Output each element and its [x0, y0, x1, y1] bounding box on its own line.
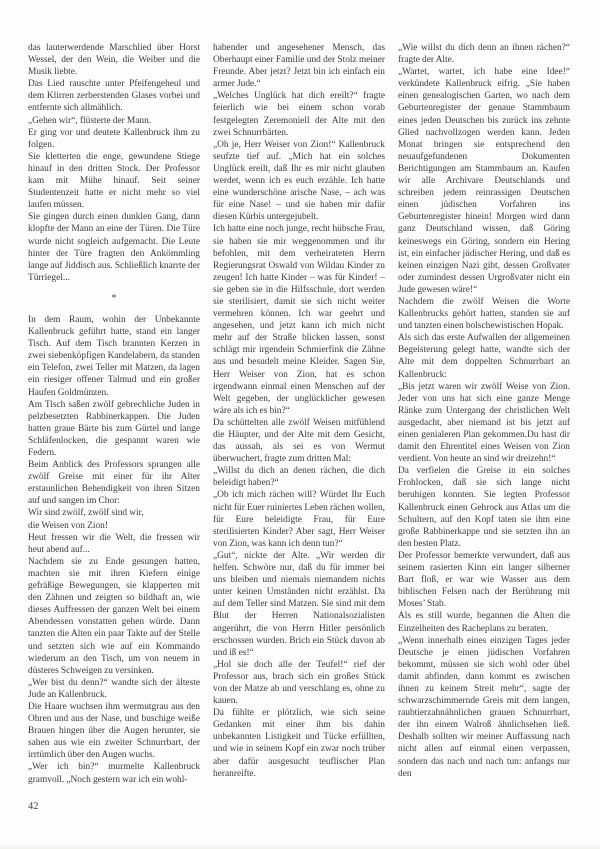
paragraph: „Gut“, nickte der Alte. „Wir werden dir … — [213, 550, 385, 659]
text-column-3: „Wie willst du dich denn an ihnen rächen… — [398, 42, 570, 807]
verse-line: Heut fressen wir die Welt, die fressen w… — [28, 532, 200, 556]
paragraph: „Bis jetzt waren wir zwölf Weise von Zio… — [398, 381, 570, 466]
paragraph: Als sich das erste Aufwallen der allgeme… — [398, 332, 570, 380]
paragraph: Sie gingen durch einen dunklen Gang, dan… — [28, 211, 200, 284]
paragraph: Sie kletterten die enge, gewundene Stieg… — [28, 151, 200, 211]
paragraph: „Hol sie doch alle der Teufel!“ rief der… — [213, 659, 385, 707]
paragraph: das lauterwerdende Marschlied über Horst… — [28, 42, 200, 78]
paragraph: Nachdem sie zu Ende gesungen hatten, mac… — [28, 556, 200, 677]
paragraph: „Wer ich bin?“ murmelte Kallenbruck gram… — [28, 761, 200, 785]
book-page: das lauterwerdende Marschlied über Horst… — [0, 0, 600, 849]
paragraph: „Wie willst du dich denn an ihnen rächen… — [398, 42, 570, 66]
text-column-2: habender und angesehener Mensch, das Obe… — [213, 42, 385, 807]
paragraph: „Oh je, Herr Weiser von Zion!“ Kallenbru… — [213, 139, 385, 224]
paragraph: „Wenn innerhalb eines einzigen Tages jed… — [398, 635, 570, 780]
paragraph: Nachdem die zwölf Weisen die Worte Kalle… — [398, 296, 570, 332]
page-number: 42 — [28, 801, 39, 813]
paragraph: „Gehen wir“, flüsterte der Mann. — [28, 115, 200, 127]
paragraph: Ich hatte eine noch junge, recht hübsche… — [213, 223, 385, 417]
verse-line: Wir sind zwölf, zwölf sind wir, — [28, 507, 200, 519]
paragraph: „Wer bist du denn?“ wandte sich der älte… — [28, 677, 200, 701]
scan-bottom-shadow — [0, 844, 600, 849]
verse-line: die Weisen von Zion! — [28, 520, 200, 532]
paragraph: Der Professor bemerkte verwundert, daß a… — [398, 550, 570, 610]
paragraph: Am Tisch saßen zwölf gebrechliche Juden … — [28, 399, 200, 459]
paragraph: Die Haare wuchsen ihm wermutgrau aus den… — [28, 701, 200, 761]
paragraph: Da verfielen die Greise in ein solches F… — [398, 465, 570, 550]
paragraph: Da schüttelten alle zwölf Weisen mitfühl… — [213, 417, 385, 465]
paragraph: „Welches Unglück hat dich ereilt?“ fragt… — [213, 90, 385, 138]
paragraph: „Willst du dich an denen rächen, die dic… — [213, 465, 385, 489]
paragraph: In dem Raum, wohin der Unbekannte Kallen… — [28, 314, 200, 399]
paragraph: „Wartet, wartet, ich habe eine Idee!“ ve… — [398, 66, 570, 296]
text-columns: das lauterwerdende Marschlied über Horst… — [28, 42, 570, 807]
paragraph: Beim Anblick des Professors sprangen all… — [28, 459, 200, 507]
paragraph: „Ob ich mich rächen will? Würdet Ihr Euc… — [213, 489, 385, 549]
paragraph: Das Lied rauschte unter Pfeifengeheul un… — [28, 78, 200, 114]
section-separator-asterisk-icon: * — [28, 293, 200, 305]
text-column-1: das lauterwerdende Marschlied über Horst… — [28, 42, 200, 807]
paragraph: Als es still wurde, begannen die Alten d… — [398, 610, 570, 634]
paragraph: Da fühlte er plötzlich, wie sich seine G… — [213, 707, 385, 780]
paragraph: Er ging vor und deutete Kallenbruck ihm … — [28, 127, 200, 151]
paragraph: habender und angesehener Mensch, das Obe… — [213, 42, 385, 90]
